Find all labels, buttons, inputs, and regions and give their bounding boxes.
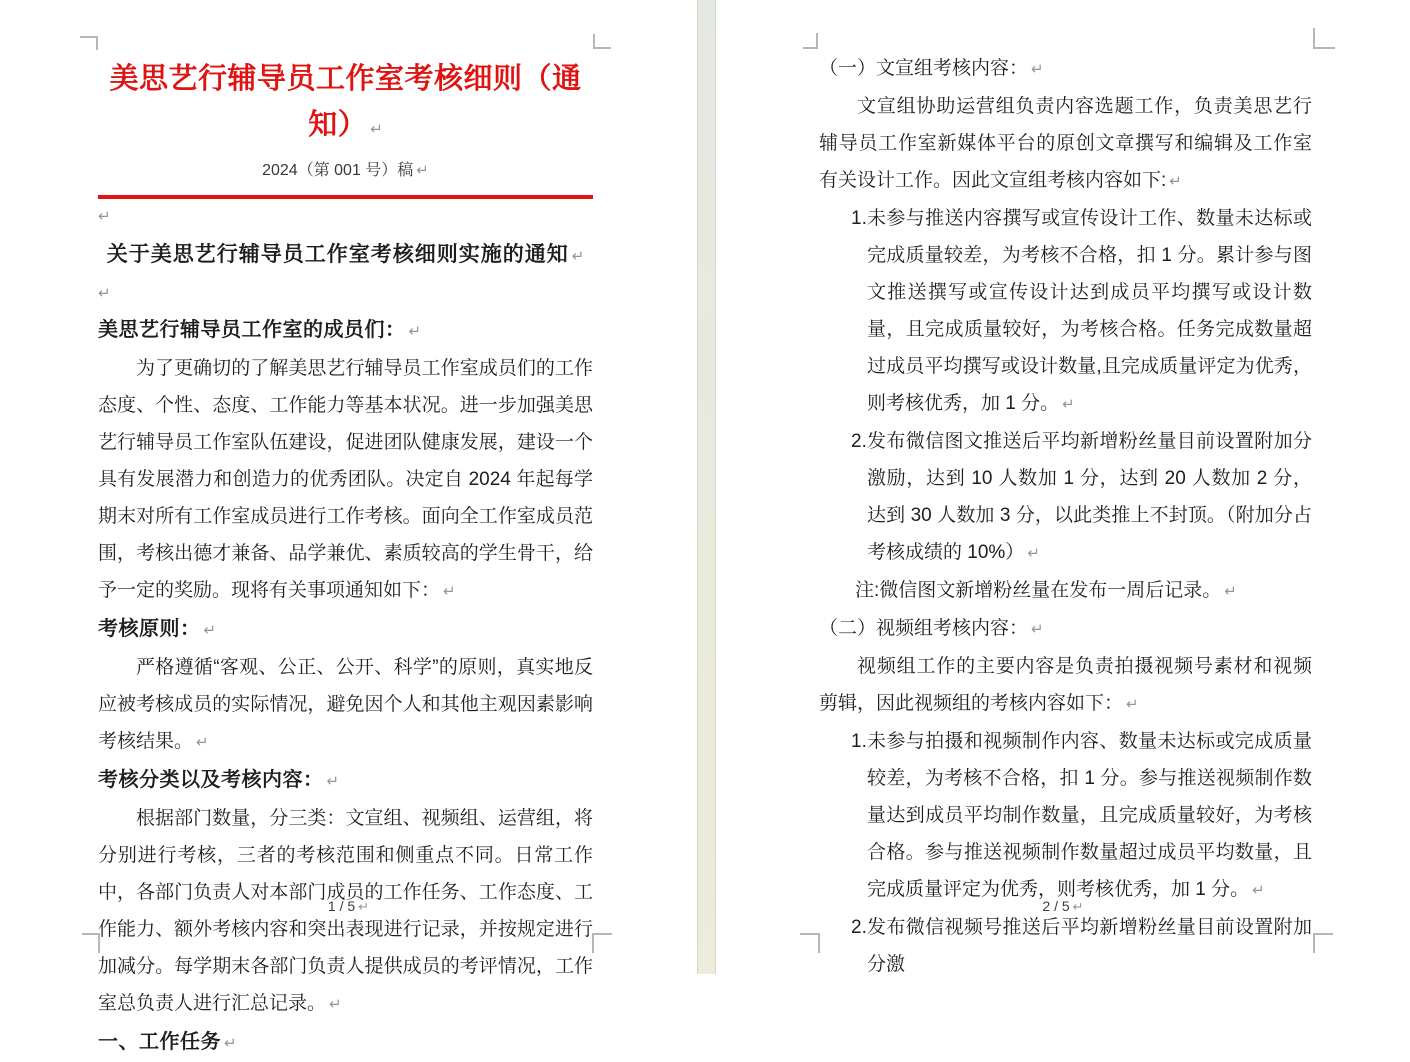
paragraph-return-mark: ↵ <box>367 120 383 138</box>
doc-text: 文宣组协助运营组负责内容选题工作，负责美思艺行辅导员工作室新媒体平台的原创文章撰… <box>819 96 1312 191</box>
paragraph-return-mark: ↵ <box>1123 695 1139 713</box>
page-2-content: （一）文宣组考核内容：↵文宣组协助运营组负责内容选题工作，负责美思艺行辅导员工作… <box>819 50 1312 974</box>
paragraph-return-mark: ↵ <box>193 733 209 751</box>
text-boundary-corner-icon <box>1313 28 1335 49</box>
doc-block-heading: 考核分类以及考核内容：↵ <box>98 761 593 800</box>
doc-block-blank: ↵ <box>98 199 593 234</box>
paragraph-return-mark: ↵ <box>1221 582 1237 600</box>
paragraph-return-mark: ↵ <box>1028 60 1044 78</box>
doc-block-para: 文宣组协助运营组负责内容选题工作，负责美思艺行辅导员工作室新媒体平台的原创文章撰… <box>819 88 1312 200</box>
doc-text: 视频组工作的主要内容是负责拍摄视频号素材和视频剪辑，因此视频组的考核内容如下： <box>819 656 1312 714</box>
doc-block-list-item: 1.未参与推送内容撰写或宣传设计工作、数量未达标或完成质量较差，为考核不合格，扣… <box>819 200 1312 423</box>
footer-empty-line: ↵ <box>0 919 697 937</box>
paragraph-return-mark: ↵ <box>1059 395 1075 413</box>
doc-block-heading: 美思艺行辅导员工作室的成员们：↵ <box>98 311 593 350</box>
doc-text: 关于美思艺行辅导员工作室考核细则实施的通知 <box>107 242 569 266</box>
doc-block-doc-title: 美思艺行辅导员工作室考核细则（通知）↵ <box>98 56 593 152</box>
paragraph-return-mark: ↵ <box>324 772 340 790</box>
paragraph-return-mark: ↵ <box>98 284 111 302</box>
doc-text: 发布微信图文推送后平均新增粉丝量目前设置附加分激励，达到 10 人数加 1 分，… <box>867 431 1312 563</box>
paragraph-return-mark: ↵ <box>355 900 369 915</box>
doc-text: （二）视频组考核内容： <box>819 618 1028 639</box>
doc-block-para: 严格遵循“客观、公正、公开、科学”的原则，真实地反应被考核成员的实际情况，避免因… <box>98 649 593 761</box>
list-number: 1. <box>851 723 867 760</box>
doc-block-sub-heading: （二）视频组考核内容：↵ <box>819 610 1312 648</box>
doc-text: 为了更确切的了解美思艺行辅导员工作室成员们的工作态度、个性、态度、工作能力等基本… <box>98 358 593 601</box>
list-number: 2. <box>851 423 867 460</box>
page-number: 2 / 5 <box>1042 898 1069 914</box>
page-1-content: 美思艺行辅导员工作室考核细则（通知）↵2024（第 001 号）稿↵↵关于美思艺… <box>98 0 593 974</box>
document-page-1: 美思艺行辅导员工作室考核细则（通知）↵2024（第 001 号）稿↵↵关于美思艺… <box>0 0 697 974</box>
paragraph-return-mark: ↵ <box>1065 921 1079 936</box>
paragraph-return-mark: ↵ <box>413 161 429 179</box>
paragraph-return-mark: ↵ <box>351 921 365 936</box>
doc-block-doc-subtitle: 2024（第 001 号）稿↵ <box>98 152 593 189</box>
doc-text: 未参与拍摄和视频制作内容、数量未达标或完成质量较差，为考核不合格，扣 1 分。参… <box>867 731 1312 900</box>
doc-block-para: 根据部门数量，分三类：文宣组、视频组、运营组，将分别进行考核，三者的考核范围和侧… <box>98 800 593 974</box>
paragraph-return-mark: ↵ <box>569 247 585 265</box>
page-2-footer: 2 / 5↵ ↵ <box>716 895 1410 937</box>
paragraph-return-mark: ↵ <box>1028 620 1044 638</box>
doc-text: 考核分类以及考核内容： <box>98 769 324 791</box>
doc-block-para: 为了更确切的了解美思艺行辅导员工作室成员们的工作态度、个性、态度、工作能力等基本… <box>98 350 593 610</box>
text-boundary-corner-icon <box>803 33 818 49</box>
doc-text: 根据部门数量，分三类：文宣组、视频组、运营组，将分别进行考核，三者的考核范围和侧… <box>98 808 593 974</box>
text-boundary-corner-icon <box>80 36 98 50</box>
document-page-2: （一）文宣组考核内容：↵文宣组协助运营组负责内容选题工作，负责美思艺行辅导员工作… <box>716 0 1410 974</box>
paragraph-return-mark: ↵ <box>201 621 217 639</box>
paragraph-return-mark: ↵ <box>406 322 422 340</box>
doc-block-list-item: 1.未参与拍摄和视频制作内容、数量未达标或完成质量较差，为考核不合格，扣 1 分… <box>819 723 1312 909</box>
paragraph-return-mark: ↵ <box>98 207 111 225</box>
doc-text: 美思艺行辅导员工作室考核细则（通知） <box>109 63 581 141</box>
doc-text: （一）文宣组考核内容： <box>819 58 1028 79</box>
paragraph-return-mark: ↵ <box>440 582 456 600</box>
doc-block-sub-heading: （一）文宣组考核内容：↵ <box>819 50 1312 88</box>
page-number: 1 / 5 <box>328 898 355 914</box>
doc-block-note: 注:微信图文新增粉丝量在发布一周后记录。↵ <box>819 572 1312 610</box>
doc-block-list-item: 2.发布微信图文推送后平均新增粉丝量目前设置附加分激励，达到 10 人数加 1 … <box>819 423 1312 572</box>
footer-empty-line: ↵ <box>716 919 1410 937</box>
doc-text: 考核原则： <box>98 618 201 640</box>
doc-text: 未参与推送内容撰写或宣传设计工作、数量未达标或完成质量较差，为考核不合格，扣 1… <box>867 208 1312 414</box>
doc-block-subject: 关于美思艺行辅导员工作室考核细则实施的通知↵ <box>98 234 593 276</box>
doc-text: 严格遵循“客观、公正、公开、科学”的原则，真实地反应被考核成员的实际情况，避免因… <box>98 657 593 752</box>
doc-block-para: 视频组工作的主要内容是负责拍摄视频号素材和视频剪辑，因此视频组的考核内容如下：↵ <box>819 648 1312 723</box>
paragraph-return-mark: ↵ <box>1166 172 1182 190</box>
page-1-footer: 1 / 5↵ ↵ <box>0 895 697 937</box>
doc-text: 2024（第 001 号）稿 <box>262 162 413 179</box>
paragraph-return-mark: ↵ <box>1024 544 1040 562</box>
doc-block-heading: 考核原则：↵ <box>98 610 593 649</box>
doc-block-blank: ↵ <box>98 276 593 311</box>
text-boundary-corner-icon <box>593 34 611 49</box>
paragraph-return-mark: ↵ <box>1070 900 1084 915</box>
doc-text: 美思艺行辅导员工作室的成员们： <box>98 319 406 341</box>
doc-text: 注:微信图文新增粉丝量在发布一周后记录。 <box>855 580 1221 601</box>
list-number: 1. <box>851 200 867 237</box>
page-gap-divider <box>697 0 716 974</box>
